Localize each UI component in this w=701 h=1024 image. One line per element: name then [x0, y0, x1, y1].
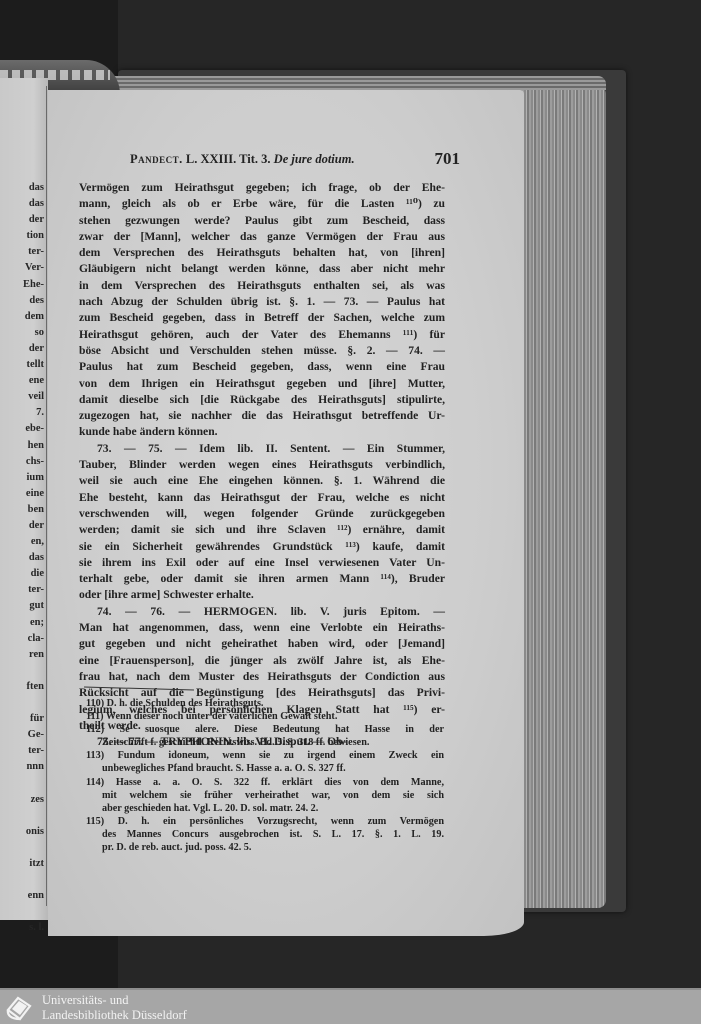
left-page-fragment: für [0, 711, 44, 727]
left-page-fragment: Ge- [0, 727, 44, 743]
footnote-line: 111) Wenn dieser noch unter der väterlic… [86, 710, 444, 723]
left-page-fragment [0, 808, 44, 824]
body-line: dem Versprechen des Heirathsguts behalte… [79, 245, 445, 261]
footnote-line: unbewegliches Pfand braucht. S. Hasse a.… [86, 762, 444, 775]
left-page-fragment: ter- [0, 743, 44, 759]
body-line: stehen gezwungen werde? Paulus gibt zum … [79, 213, 445, 229]
left-page-fragment [0, 872, 44, 888]
body-line: eine [Frauensperson], die jünger als zwö… [79, 653, 445, 669]
body-line: sie ihrem ins Exil oder auf eine Insel v… [79, 555, 445, 571]
left-page-fragment: dem [0, 309, 44, 325]
body-line: frau hat, nach dem Muster des Heirathsgu… [79, 669, 445, 685]
body-text: Vermögen zum Heirathsgut gegeben; ich fr… [79, 180, 445, 750]
left-page-fragment: s. l. [0, 920, 44, 936]
body-line: oder [ihre arme] Schwester erhalte. [79, 587, 445, 603]
left-page-fragment: des [0, 293, 44, 309]
footnote-line: des Mannes Concurs ausgebrochen ist. S. … [86, 828, 444, 841]
library-name: Universitäts- und Landesbibliothek Düsse… [42, 993, 187, 1022]
left-page-fragment: der [0, 518, 44, 534]
body-line: böse Absicht und Verschulden stehen müss… [79, 343, 445, 359]
library-footer-bar: Universitäts- und Landesbibliothek Düsse… [0, 988, 701, 1024]
left-page-fragment: nnn [0, 759, 44, 775]
left-page-text-fragments: dasdasdertionter-Ver-Ehe-desdemsodertell… [0, 180, 44, 936]
left-page-fragment: ter- [0, 244, 44, 260]
footnote-line: 115) D. h. ein persönliches Vorzugsrecht… [86, 815, 444, 828]
body-line: werden; damit sie sich und ihre Sclaven … [79, 522, 445, 538]
left-page-fragment: enn [0, 888, 44, 904]
left-page-fragment: ium [0, 470, 44, 486]
body-line: Paulus hat zum Bescheid gegeben, dass, w… [79, 359, 445, 375]
footnotes: 110) D. h. die Schulden des Heirathsguts… [86, 697, 444, 854]
left-page-fragment: itzt [0, 856, 44, 872]
running-head-title: Pandect. [130, 152, 183, 166]
left-page-fragment: ren [0, 647, 44, 663]
left-page-fragment: das [0, 180, 44, 196]
body-line: Man hat angenommen, dass, wenn eine Verl… [79, 620, 445, 636]
body-line: Tauber, Blinder werden wegen eines Heira… [79, 457, 445, 473]
footnote-line: 110) D. h. die Schulden des Heirathsguts… [86, 697, 444, 710]
left-page-fragment [0, 775, 44, 791]
left-page-fragment: die [0, 566, 44, 582]
body-line: zwar der [Mann], welcher das ganze Vermö… [79, 229, 445, 245]
left-page-fragment: der [0, 341, 44, 357]
body-line: zugezogen hat, sie nachher die das Heira… [79, 408, 445, 424]
running-head-tit: Tit. 3. [239, 152, 270, 166]
body-line: mann, gleich als ob er Erbe wäre, für di… [79, 196, 445, 212]
book-scan: dasdasdertionter-Ver-Ehe-desdemsodertell… [0, 0, 701, 988]
gutter-line [46, 86, 47, 906]
left-page-fragment [0, 840, 44, 856]
footnote-line: pr. D. de reb. auct. jud. poss. 42. 5. [86, 841, 444, 854]
left-page-fragment: 7. [0, 405, 44, 421]
left-page-fragment: en, [0, 534, 44, 550]
body-line: verschwenden will, wegen folgender Gründ… [79, 506, 445, 522]
left-page-fragment: gut [0, 598, 44, 614]
body-line: terhalt gebe, oder damit sie ihren armen… [79, 571, 445, 587]
left-page-fragment [0, 904, 44, 920]
footnote-line: 114) Hasse a. a. O. S. 322 ff. erklärt d… [86, 776, 444, 789]
body-line: Gläubigern nicht belangt werden könne, d… [79, 261, 445, 277]
body-line: Ehe besteht, kann das Heirathsgut der Fr… [79, 490, 445, 506]
left-page-fragment: das [0, 196, 44, 212]
body-line: damit dieselbe sich [die Rückgabe des He… [79, 392, 445, 408]
left-page-fragment: eine [0, 486, 44, 502]
left-page-fragment: veil [0, 389, 44, 405]
body-line: nach Abzug der Schulden übrig ist. §. 1.… [79, 294, 445, 310]
left-page-fragment [0, 695, 44, 711]
body-line: 73. — 75. — Idem lib. II. Sentent. — Ein… [79, 441, 445, 457]
left-page-fragment: chs- [0, 454, 44, 470]
page-number: 701 [435, 149, 461, 169]
left-page-fragment: zes [0, 792, 44, 808]
body-line: zum Bescheid gegeben, dass in Betreff de… [79, 310, 445, 326]
library-name-line1: Universitäts- und [42, 993, 187, 1008]
footnote-line: 112) Se suosque alere. Diese Bedeutung h… [86, 723, 444, 736]
body-line: kunde habe ändern können. [79, 424, 445, 440]
left-page-fragment: en; [0, 615, 44, 631]
left-page-fragment: hen [0, 438, 44, 454]
body-line: gut gegeben und nicht geheirathet haben … [79, 636, 445, 652]
body-line: sie ein Sicherheit gewährendes Grundstüc… [79, 539, 445, 555]
left-page-fragment: tellt [0, 357, 44, 373]
left-page-fragment: ene [0, 373, 44, 389]
left-page-fragment: ebe- [0, 421, 44, 437]
footnote-line: aber geschieden hat. Vgl. L. 20. D. sol.… [86, 802, 444, 815]
left-page-fragment: ben [0, 502, 44, 518]
left-page-fragment: das [0, 550, 44, 566]
footnote-line: 113) Fundum idoneum, wenn sie zu irgend … [86, 749, 444, 762]
book-logo-icon [4, 994, 34, 1022]
left-page-fragment: onis [0, 824, 44, 840]
library-name-line2: Landesbibliothek Düsseldorf [42, 1008, 187, 1023]
left-page-fragment: so [0, 325, 44, 341]
footnote-line: Zeitschrift f. geschichtl. Rechtswiss. B… [86, 736, 444, 749]
left-page-fragment [0, 663, 44, 679]
body-line: weil sie auch eine Ehe eingehen können. … [79, 473, 445, 489]
left-page-fragment: der [0, 212, 44, 228]
page-edge-stack [520, 86, 606, 908]
left-page-fragment: tion [0, 228, 44, 244]
body-line: Heirathsgut gehören, auch der Vater des … [79, 327, 445, 343]
left-page-fragment: Ver- [0, 260, 44, 276]
body-line: Vermögen zum Heirathsgut gegeben; ich fr… [79, 180, 445, 196]
running-head: Pandect. L. XXIII. Tit. 3. De jure dotiu… [130, 152, 460, 172]
running-head-book: L. XXIII. [186, 152, 236, 166]
page-edge-stack-top [50, 76, 606, 90]
footnote-line: mit welchem sie früher verheirathet war,… [86, 789, 444, 802]
body-line: in dem Versprechen des Heirathsguts enth… [79, 278, 445, 294]
left-page-fragment: ften [0, 679, 44, 695]
left-page-fragment: cla- [0, 631, 44, 647]
body-line: von dem Ihrigen ein Heirathsgut gegeben … [79, 376, 445, 392]
body-line: 74. — 76. — HERMOGEN. lib. V. juris Epit… [79, 604, 445, 620]
left-page-fragment: Ehe- [0, 277, 44, 293]
running-head-subject: De jure dotium. [274, 152, 355, 166]
left-page-fragment: ter- [0, 582, 44, 598]
